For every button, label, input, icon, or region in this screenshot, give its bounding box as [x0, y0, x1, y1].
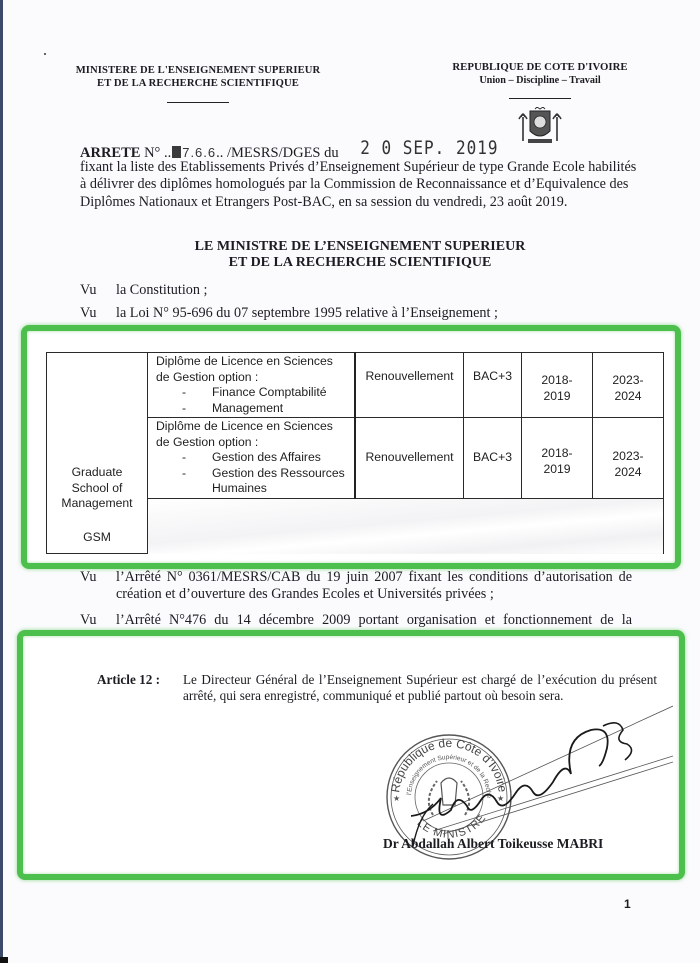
vu-key: Vu: [80, 569, 116, 603]
ministry-header: MINISTERE DE L'ENSEIGNEMENT SUPERIEUR ET…: [72, 64, 324, 103]
institution-acronym: GSM: [53, 530, 141, 546]
institution-name: Graduate School of Management: [53, 465, 141, 512]
table-row: Graduate School of Management GSM Diplôm…: [47, 353, 664, 418]
vu-clause: Vu la Constitution ;: [80, 282, 632, 299]
coat-of-arms-icon: [518, 107, 562, 145]
header-rule: [167, 102, 229, 103]
vu-text: l’Arrêté N° 0361/MESRS/CAB du 19 juin 20…: [116, 569, 632, 603]
end-year-cell: 2023-2024: [593, 353, 664, 418]
highlight-box-table: Graduate School of Management GSM Diplôm…: [21, 325, 681, 569]
minister-heading-line-1: LE MINISTRE DE L’ENSEIGNEMENT SUPERIEUR: [80, 239, 640, 255]
header-rule: [509, 98, 571, 99]
country-name: REPUBLIQUE DE COTE D'IVOIRE: [440, 61, 640, 74]
vu-text: la Loi N° 95-696 du 07 septembre 1995 re…: [116, 305, 632, 322]
ink-blot: [172, 146, 181, 158]
institution-cell: Graduate School of Management GSM: [47, 353, 148, 554]
vu-clause: Vu l’Arrêté N°476 du 14 décembre 2009 po…: [80, 612, 632, 629]
national-motto: Union – Discipline – Travail: [440, 74, 640, 87]
minister-heading-line-2: ET DE LA RECHERCHE SCIENTIFIQUE: [80, 255, 640, 271]
diploma-title: Diplôme de Licence en Sciences de Gestio…: [156, 354, 346, 385]
scan-page-edge: [0, 0, 3, 963]
diploma-title: Diplôme de Licence en Sciences de Gestio…: [156, 419, 346, 450]
level-cell: BAC+3: [464, 353, 522, 418]
signatory-name: Dr Abdallah Albert Toikeusse MABRI: [383, 836, 603, 852]
diploma-option: -Gestion des Affaires: [156, 450, 346, 466]
arrete-date-stamp: 2 0 SEP. 2019: [360, 138, 498, 158]
arrete-body: fixant la liste des Etablissements Privé…: [80, 159, 640, 212]
end-year-cell: 2023-2024: [593, 418, 664, 499]
vu-key: Vu: [80, 282, 116, 299]
request-type-cell: Renouvellement: [355, 353, 464, 418]
arrete-number-stamp: 7.6.6: [171, 145, 216, 160]
vu-key: Vu: [80, 612, 116, 629]
institutions-table: Graduate School of Management GSM Diplôm…: [46, 352, 664, 554]
svg-text:★: ★: [393, 794, 400, 803]
empty-cell: [148, 498, 664, 554]
vu-text: l’Arrêté N°476 du 14 décembre 2009 porta…: [116, 612, 632, 629]
diploma-option: -Finance Comptabilité: [156, 385, 346, 401]
diploma-cell: Diplôme de Licence en Sciences de Gestio…: [148, 353, 356, 418]
vu-text: la Constitution ;: [116, 282, 632, 299]
scan-corner-mark: [0, 957, 8, 963]
highlight-box-article: Article 12 : Le Directeur Général de l’E…: [17, 630, 685, 880]
level-cell: BAC+3: [464, 418, 522, 499]
diploma-cell: Diplôme de Licence en Sciences de Gestio…: [148, 418, 356, 499]
start-year-cell: 2018-2019: [522, 418, 593, 499]
minister-heading: LE MINISTRE DE L’ENSEIGNEMENT SUPERIEUR …: [80, 239, 640, 271]
diploma-option: -Gestion des Ressources Humaines: [156, 466, 346, 497]
article-label: Article 12 :: [97, 672, 183, 704]
signature-icon: [403, 696, 673, 856]
ministry-line-1: MINISTERE DE L'ENSEIGNEMENT SUPERIEUR: [72, 64, 324, 77]
vu-clause: Vu la Loi N° 95-696 du 07 septembre 1995…: [80, 305, 632, 322]
start-year-cell: 2018-2019: [522, 353, 593, 418]
republic-header: REPUBLIQUE DE COTE D'IVOIRE Union – Disc…: [440, 61, 640, 145]
scan-speck: [44, 53, 46, 55]
vu-key: Vu: [80, 305, 116, 322]
arrete-intro: ARRETE N° ..7.6.6.. /MESRS/DGES du 2 0 S…: [80, 143, 640, 211]
ministry-line-2: ET DE LA RECHERCHE SCIENTIFIQUE: [72, 77, 324, 90]
vu-clause: Vu l’Arrêté N° 0361/MESRS/CAB du 19 juin…: [80, 569, 632, 603]
request-type-cell: Renouvellement: [355, 418, 464, 499]
diploma-option: -Management: [156, 401, 346, 417]
page-number: 1: [624, 897, 631, 911]
